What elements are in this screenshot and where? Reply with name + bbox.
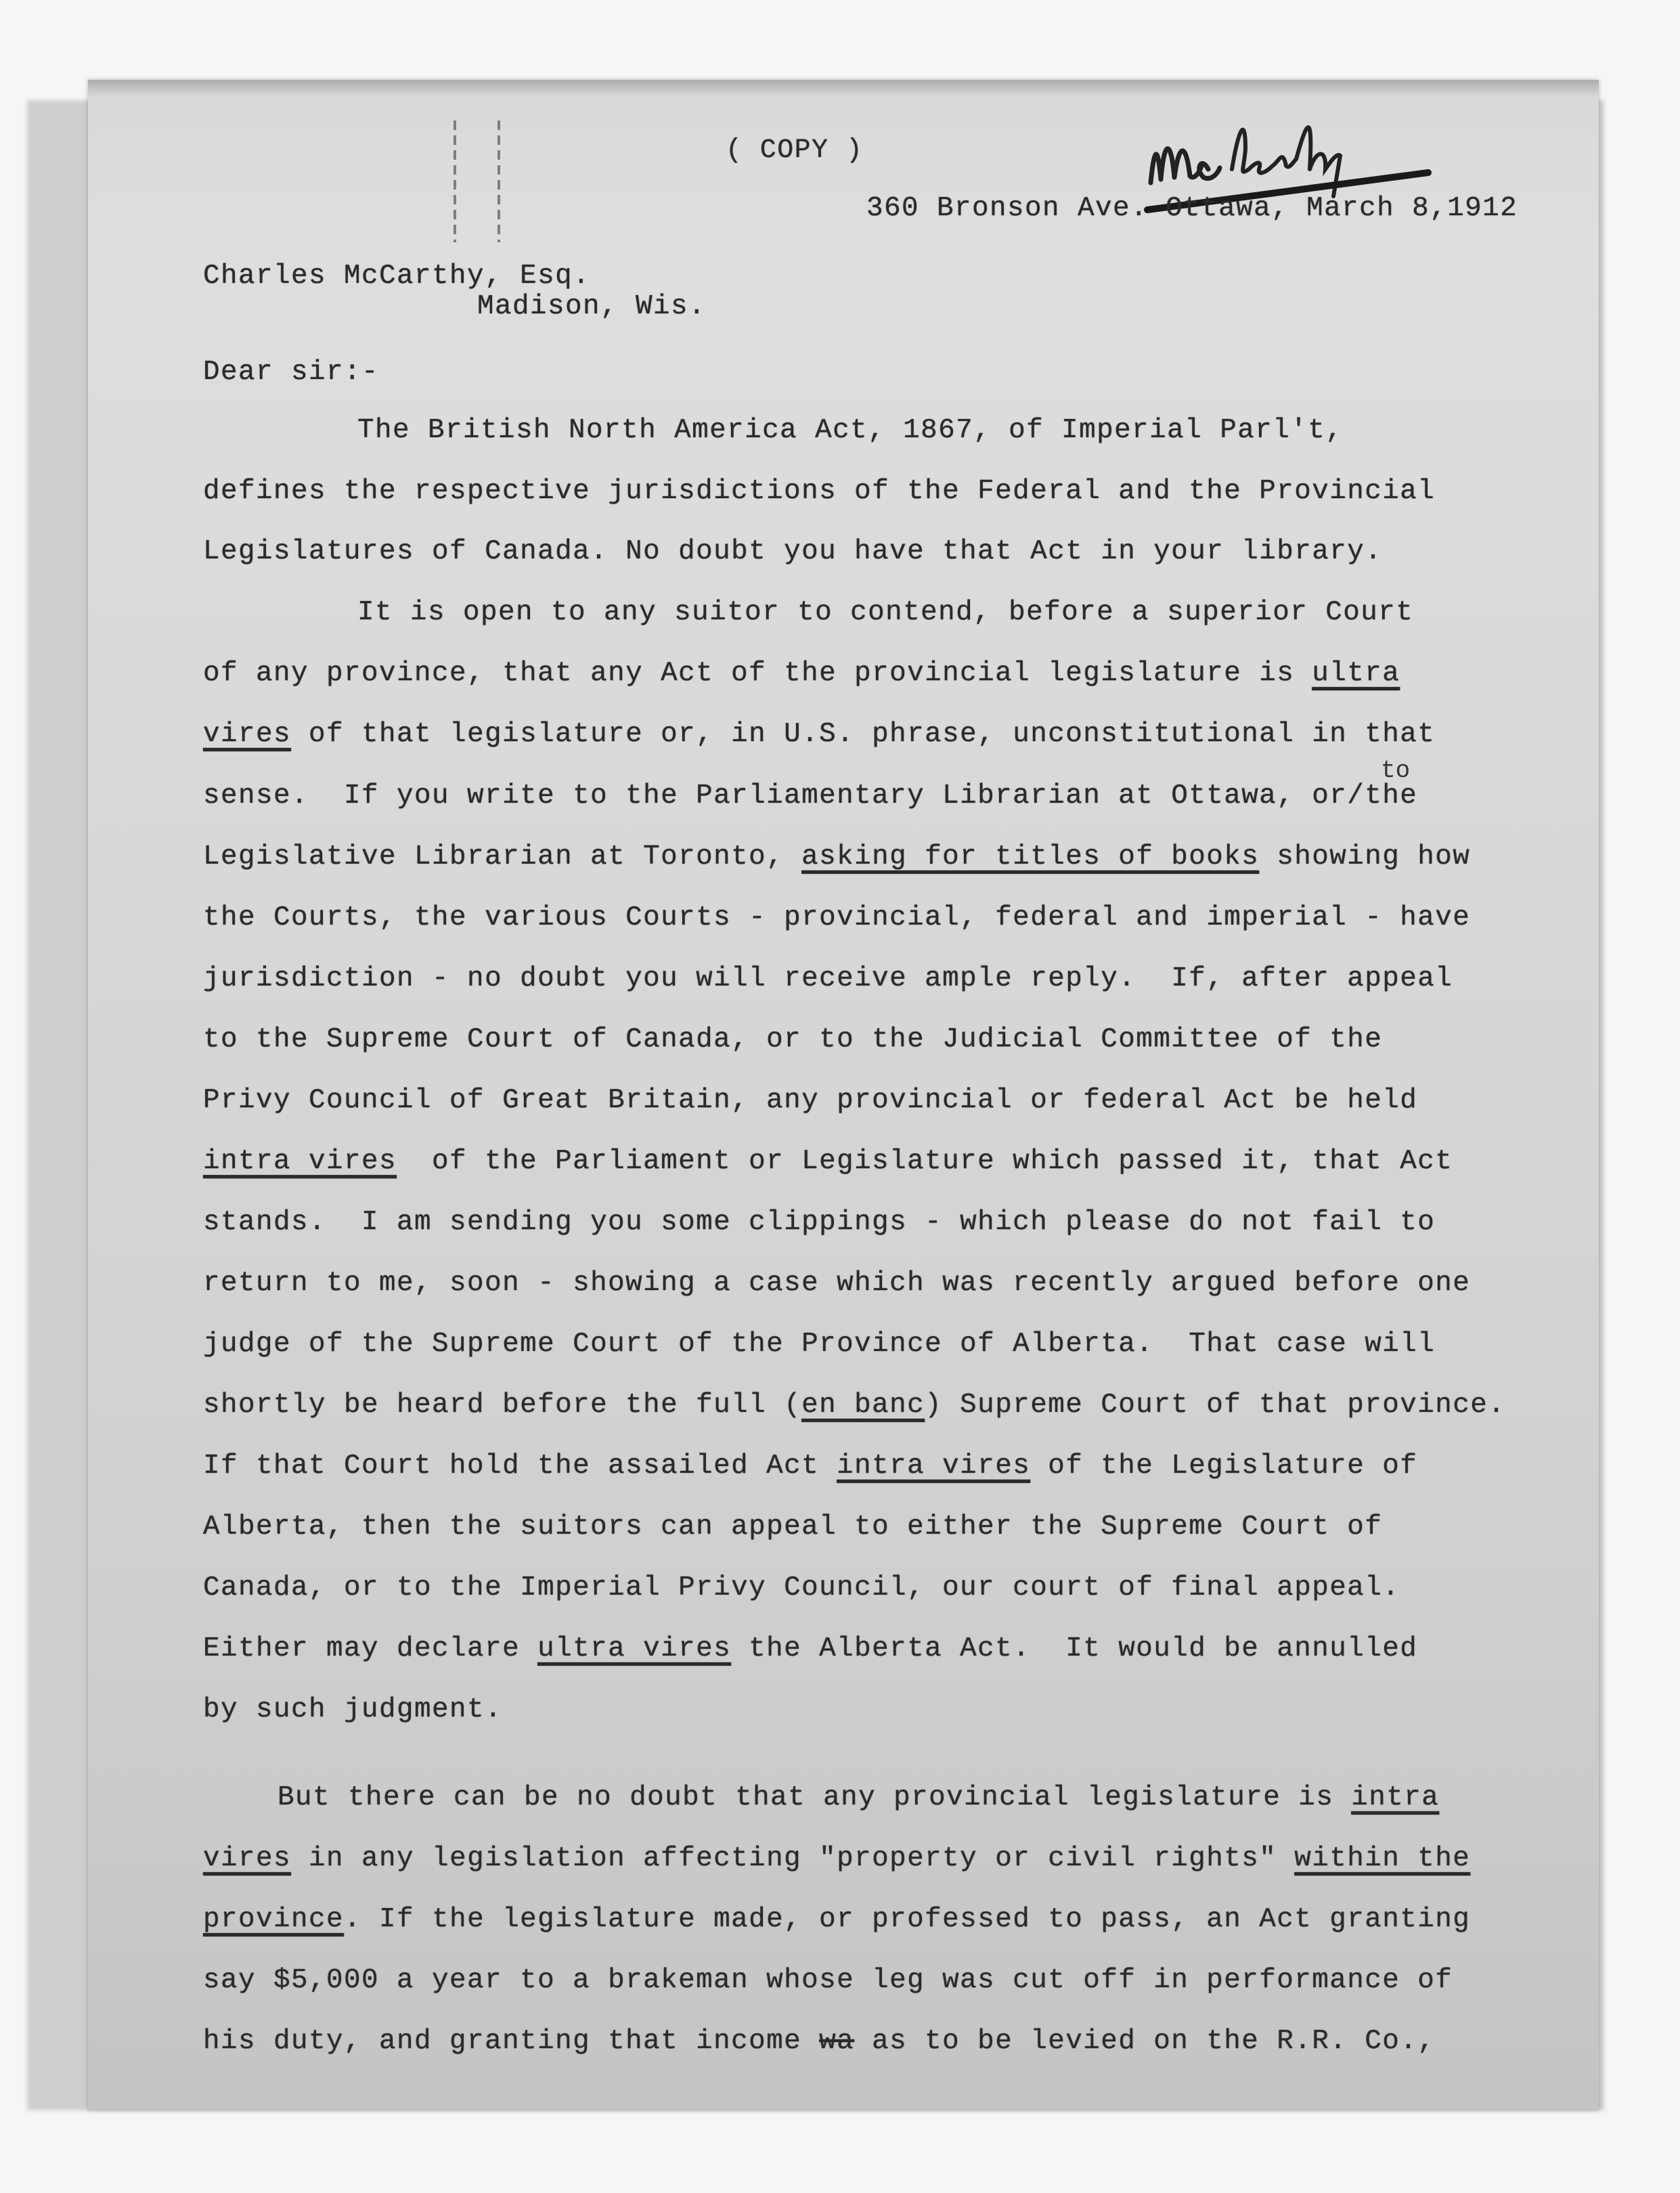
line-text: ) Supreme Court of that province. [925,1390,1505,1421]
copy-label: ( COPY ) [726,135,863,166]
line-text: of that legislature or, in U.S. phrase, … [291,719,1435,750]
return-address-date: 360 Bronson Ave. Ottawa, March 8,1912 [866,193,1518,224]
letter-line: Alberta, then the suitors can appeal to … [203,1511,1382,1543]
line-text: Either may declare [203,1633,537,1664]
letter-line: If that Court hold the assailed Act intr… [203,1450,1417,1482]
underlined-phrase: vires [203,719,291,750]
line-text: showing how [1259,841,1470,872]
letter-line: sense. If you write to the Parliamentary… [203,780,1417,812]
letter-line: Legislative Librarian at Toronto, asking… [203,841,1470,872]
line-text: Canada, or to the Imperial Privy Council… [203,1572,1400,1603]
line-text: But there can be no doubt that any provi… [278,1782,1351,1813]
line-text: defines the respective jurisdictions of … [203,476,1435,507]
underlined-phrase: en banc [801,1390,925,1421]
underlined-phrase: ultra [1312,658,1400,689]
letter-line: his duty, and granting that income wa as… [203,2026,1435,2057]
underlined-phrase: vires [203,1843,291,1874]
line-text: judge of the Supreme Court of the Provin… [203,1329,1435,1360]
line-text: shortly be heard before the full ( [203,1390,801,1421]
recipient-name: Charles McCarthy, Esq. [203,261,590,292]
recipient-location: Madison, Wis. [477,291,706,322]
letter-line: Privy Council of Great Britain, any prov… [203,1085,1417,1116]
letter-line: It is open to any suitor to contend, bef… [357,597,1413,628]
letter-line: shortly be heard before the full (en ban… [203,1390,1505,1421]
line-text: Legislative Librarian at Toronto, [203,841,801,872]
salutation: Dear sir:- [203,357,379,388]
letter-line: Legislatures of Canada. No doubt you hav… [203,536,1382,567]
line-text: of the Parliament or Legislature which p… [397,1146,1453,1177]
letter-line: say $5,000 a year to a brakeman whose le… [203,1965,1453,1996]
fold-mark [498,120,500,242]
letter-line: jurisdiction - no doubt you will receive… [203,963,1453,994]
letter-line: to the Supreme Court of Canada, or to th… [203,1024,1382,1055]
underlined-phrase: intra [1351,1782,1439,1813]
line-text: to the Supreme Court of Canada, or to th… [203,1024,1382,1055]
underlined-phrase: within the [1294,1843,1470,1874]
underlined-phrase: asking for titles of books [801,841,1259,872]
letter-line: judge of the Supreme Court of the Provin… [203,1329,1435,1360]
line-text: by such judgment. [203,1694,502,1725]
line-text: jurisdiction - no doubt you will receive… [203,963,1453,994]
line-text: . If the legislature made, or professed … [344,1904,1470,1935]
letter-line: stands. I am sending you some clippings … [203,1207,1435,1238]
line-text: return to me, soon - showing a case whic… [203,1268,1470,1299]
letter-line: vires in any legislation affecting "prop… [203,1843,1470,1874]
fold-mark [454,120,456,242]
underlined-phrase: province [203,1904,344,1935]
line-text: Privy Council of Great Britain, any prov… [203,1085,1417,1116]
letter-line: the Courts, the various Courts - provinc… [203,902,1470,933]
letter-line: return to me, soon - showing a case whic… [203,1268,1470,1299]
letter-line: defines the respective jurisdictions of … [203,476,1435,507]
line-text: sense. If you write to the Parliamentary… [203,780,1417,812]
letter-line: by such judgment. [203,1694,502,1725]
line-text: of the Legislature of [1030,1450,1417,1482]
struck-text: wa [819,2026,854,2057]
underlined-phrase: intra vires [837,1450,1030,1482]
line-text: as to be levied on the R.R. Co., [854,2026,1435,2057]
line-text: The British North America Act, 1867, of … [357,415,1343,446]
letter-line: vires of that legislature or, in U.S. ph… [203,719,1435,750]
letter-line: intra vires of the Parliament or Legisla… [203,1146,1453,1177]
line-text: of any province, that any Act of the pro… [203,658,1312,689]
letter-line: But there can be no doubt that any provi… [278,1782,1439,1813]
line-text: It is open to any suitor to contend, bef… [357,597,1413,628]
line-text: the Alberta Act. It would be annulled [731,1633,1417,1664]
line-text: If that Court hold the assailed Act [203,1450,837,1482]
line-text: his duty, and granting that income [203,2026,819,2057]
letter-line: of any province, that any Act of the pro… [203,658,1400,689]
letter-line: province. If the legislature made, or pr… [203,1904,1470,1935]
line-text: the Courts, the various Courts - provinc… [203,902,1470,933]
line-text: Alberta, then the suitors can appeal to … [203,1511,1382,1543]
line-text: in any legislation affecting "property o… [291,1843,1294,1874]
line-text: say $5,000 a year to a brakeman whose le… [203,1965,1453,1996]
letter-line: The British North America Act, 1867, of … [357,415,1343,446]
letter-line: Canada, or to the Imperial Privy Council… [203,1572,1400,1603]
line-text: stands. I am sending you some clippings … [203,1207,1435,1238]
underlined-phrase: intra vires [203,1146,397,1177]
line-text: Legislatures of Canada. No doubt you hav… [203,536,1382,567]
underlined-phrase: ultra vires [537,1633,731,1664]
letter-line: Either may declare ultra vires the Alber… [203,1633,1417,1664]
